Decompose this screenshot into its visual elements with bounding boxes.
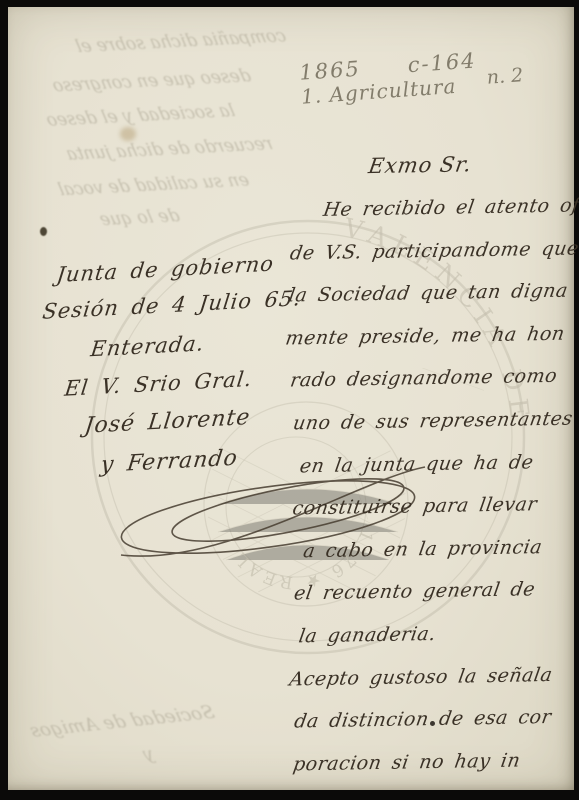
archival-number: n. 2 xyxy=(486,64,524,88)
bleedthrough-line: Sociedad de Amigos xyxy=(28,702,217,742)
body-line: mente preside, me ha hon xyxy=(286,323,565,350)
document-scan: compañia dicha sobre el deseo que en con… xyxy=(0,0,579,800)
bleedthrough-line: y xyxy=(141,745,156,766)
body-line: de V.S. participandome que xyxy=(290,237,579,264)
body-line: uno de sus representantes xyxy=(293,408,573,435)
body-line: constituirse para llevar xyxy=(293,493,538,519)
margin-line: El V. Srio Gral. xyxy=(64,367,253,401)
body-line: Acepto gustoso la señala xyxy=(289,664,552,691)
margin-line: Enterada. xyxy=(90,331,205,361)
ink-speck xyxy=(430,721,435,726)
archival-pencil-note: 1865 c-164 1. Agricultura n. 2 xyxy=(299,45,525,108)
body-line: a cabo en la provincia xyxy=(303,536,542,562)
body-line: rado designandome como xyxy=(290,365,557,392)
bleedthrough-line: deseo que en congreso xyxy=(51,66,253,96)
salutation: Exmo Sr. xyxy=(369,152,473,178)
body-line: He recibido el atento oficio xyxy=(323,194,579,221)
manuscript-page: compañia dicha sobre el deseo que en con… xyxy=(8,7,574,790)
signature-name: José Llorente xyxy=(84,405,251,439)
ink-speck xyxy=(40,227,47,236)
body-line: el recuento general de xyxy=(294,578,535,604)
bleedthrough-line: compañia dicha sobre el xyxy=(74,27,288,58)
margin-line: Sesión de 4 Julio 65. xyxy=(42,286,302,324)
body-line: poracion si no hay in xyxy=(293,750,521,776)
paper-stain xyxy=(120,127,136,141)
body-line: en la junta que ha de xyxy=(300,451,534,477)
body-line: la ganaderia. xyxy=(299,623,436,647)
bleedthrough-line: recuerdo de dicha junta xyxy=(64,134,274,165)
bleedthrough-bottom: Sociedad de Amigos y xyxy=(19,688,297,800)
bleedthrough-line: la sociedad y el deseo xyxy=(45,101,237,131)
body-line: la Sociedad que tan digna xyxy=(289,280,568,307)
body-line: da distincion de esa cor xyxy=(294,706,551,732)
letter-body: Exmo Sr. He recibido el atento oficio de… xyxy=(280,145,579,790)
bleedthrough-line: en su calidad de vocal xyxy=(56,171,251,201)
